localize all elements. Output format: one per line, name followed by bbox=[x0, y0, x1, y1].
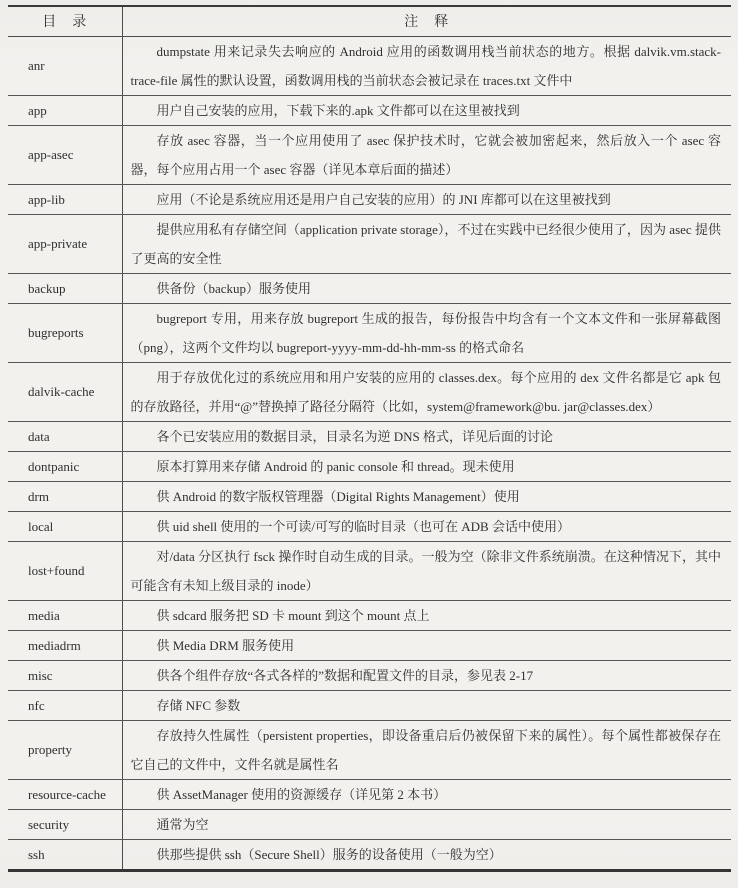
directory-name: local bbox=[8, 511, 122, 541]
table-row-ssh: ssh 供那些提供 ssh（Secure Shell）服务的设备使用（一般为空） bbox=[8, 839, 731, 870]
table-row-app-lib: app-lib 应用（不论是系统应用还是用户自己安装的应用）的 JNI 库都可以… bbox=[8, 184, 731, 214]
directory-name: media bbox=[8, 600, 122, 630]
directory-note: 原本打算用来存储 Android 的 panic console 和 threa… bbox=[122, 451, 731, 481]
table-row-nfc: nfc 存储 NFC 参数 bbox=[8, 690, 731, 720]
directory-note: 存放持久性属性（persistent properties，即设备重启后仍被保留… bbox=[122, 720, 731, 779]
directory-name: ssh bbox=[8, 839, 122, 870]
directory-note: 存储 NFC 参数 bbox=[122, 690, 731, 720]
directory-note: 用户自己安装的应用，下载下来的.apk 文件都可以在这里被找到 bbox=[122, 95, 731, 125]
directory-note: 存放 asec 容器，当一个应用使用了 asec 保护技术时，它就会被加密起来，… bbox=[122, 125, 731, 184]
directory-name: app-private bbox=[8, 214, 122, 273]
directory-name: nfc bbox=[8, 690, 122, 720]
directory-name: security bbox=[8, 809, 122, 839]
directory-note: 对/data 分区执行 fsck 操作时自动生成的目录。一般为空（除非文件系统崩… bbox=[122, 541, 731, 600]
directory-note: 提供应用私有存储空间（application private storage），… bbox=[122, 214, 731, 273]
table-row-mediadrm: mediadrm 供 Media DRM 服务使用 bbox=[8, 630, 731, 660]
table-row-property: property 存放持久性属性（persistent properties，即… bbox=[8, 720, 731, 779]
directory-note: bugreport 专用，用来存放 bugreport 生成的报告，每份报告中均… bbox=[122, 303, 731, 362]
directory-note: dumpstate 用来记录失去响应的 Android 应用的函数调用栈当前状态… bbox=[122, 36, 731, 95]
directory-note: 供 Media DRM 服务使用 bbox=[122, 630, 731, 660]
directory-name: backup bbox=[8, 273, 122, 303]
table-row-security: security 通常为空 bbox=[8, 809, 731, 839]
directory-note: 供备份（backup）服务使用 bbox=[122, 273, 731, 303]
directory-name: property bbox=[8, 720, 122, 779]
table-row-lost-found: lost+found 对/data 分区执行 fsck 操作时自动生成的目录。一… bbox=[8, 541, 731, 600]
directory-note: 供 sdcard 服务把 SD 卡 mount 到这个 mount 点上 bbox=[122, 600, 731, 630]
table-header-row: 目 录 注 释 bbox=[8, 6, 731, 36]
table-row-app-asec: app-asec 存放 asec 容器，当一个应用使用了 asec 保护技术时，… bbox=[8, 125, 731, 184]
column-header-directory: 目 录 bbox=[8, 6, 122, 36]
table-row-misc: misc 供各个组件存放“各式各样的”数据和配置文件的目录，参见表 2-17 bbox=[8, 660, 731, 690]
table-row-anr: anr dumpstate 用来记录失去响应的 Android 应用的函数调用栈… bbox=[8, 36, 731, 95]
directory-name: dalvik-cache bbox=[8, 362, 122, 421]
directory-name: app bbox=[8, 95, 122, 125]
directory-name: resource-cache bbox=[8, 779, 122, 809]
directory-name: misc bbox=[8, 660, 122, 690]
table-row-app-private: app-private 提供应用私有存储空间（application priva… bbox=[8, 214, 731, 273]
table-row-bugreports: bugreports bugreport 专用，用来存放 bugreport 生… bbox=[8, 303, 731, 362]
directory-note: 各个已安装应用的数据目录，目录名为逆 DNS 格式，详见后面的讨论 bbox=[122, 421, 731, 451]
table-row-drm: drm 供 Android 的数字版权管理器（Digital Rights Ma… bbox=[8, 481, 731, 511]
directory-name: bugreports bbox=[8, 303, 122, 362]
directory-name: mediadrm bbox=[8, 630, 122, 660]
directory-note: 用于存放优化过的系统应用和用户安装的应用的 classes.dex。每个应用的 … bbox=[122, 362, 731, 421]
table-row-dontpanic: dontpanic 原本打算用来存储 Android 的 panic conso… bbox=[8, 451, 731, 481]
table-row-data: data 各个已安装应用的数据目录，目录名为逆 DNS 格式，详见后面的讨论 bbox=[8, 421, 731, 451]
directory-note: 供各个组件存放“各式各样的”数据和配置文件的目录，参见表 2-17 bbox=[122, 660, 731, 690]
directory-name: drm bbox=[8, 481, 122, 511]
scanned-book-page: 目 录 注 释 anr dumpstate 用来记录失去响应的 Android … bbox=[0, 0, 738, 888]
table-row-backup: backup 供备份（backup）服务使用 bbox=[8, 273, 731, 303]
table-row-app: app 用户自己安装的应用，下载下来的.apk 文件都可以在这里被找到 bbox=[8, 95, 731, 125]
directory-note: 供那些提供 ssh（Secure Shell）服务的设备使用（一般为空） bbox=[122, 839, 731, 870]
directory-name: lost+found bbox=[8, 541, 122, 600]
directory-note: 供 Android 的数字版权管理器（Digital Rights Manage… bbox=[122, 481, 731, 511]
directory-name: app-lib bbox=[8, 184, 122, 214]
directory-note: 通常为空 bbox=[122, 809, 731, 839]
directory-name: app-asec bbox=[8, 125, 122, 184]
directory-note: 应用（不论是系统应用还是用户自己安装的应用）的 JNI 库都可以在这里被找到 bbox=[122, 184, 731, 214]
directory-note: 供 uid shell 使用的一个可读/可写的临时目录（也可在 ADB 会话中使… bbox=[122, 511, 731, 541]
directory-name: dontpanic bbox=[8, 451, 122, 481]
directory-name: anr bbox=[8, 36, 122, 95]
directory-note: 供 AssetManager 使用的资源缓存（详见第 2 本书） bbox=[122, 779, 731, 809]
directory-name: data bbox=[8, 421, 122, 451]
column-header-notes: 注 释 bbox=[122, 6, 731, 36]
table-row-resource-cache: resource-cache 供 AssetManager 使用的资源缓存（详见… bbox=[8, 779, 731, 809]
table-row-local: local 供 uid shell 使用的一个可读/可写的临时目录（也可在 AD… bbox=[8, 511, 731, 541]
table-row-media: media 供 sdcard 服务把 SD 卡 mount 到这个 mount … bbox=[8, 600, 731, 630]
directory-reference-table: 目 录 注 释 anr dumpstate 用来记录失去响应的 Android … bbox=[8, 5, 731, 872]
table-row-dalvik-cache: dalvik-cache 用于存放优化过的系统应用和用户安装的应用的 class… bbox=[8, 362, 731, 421]
